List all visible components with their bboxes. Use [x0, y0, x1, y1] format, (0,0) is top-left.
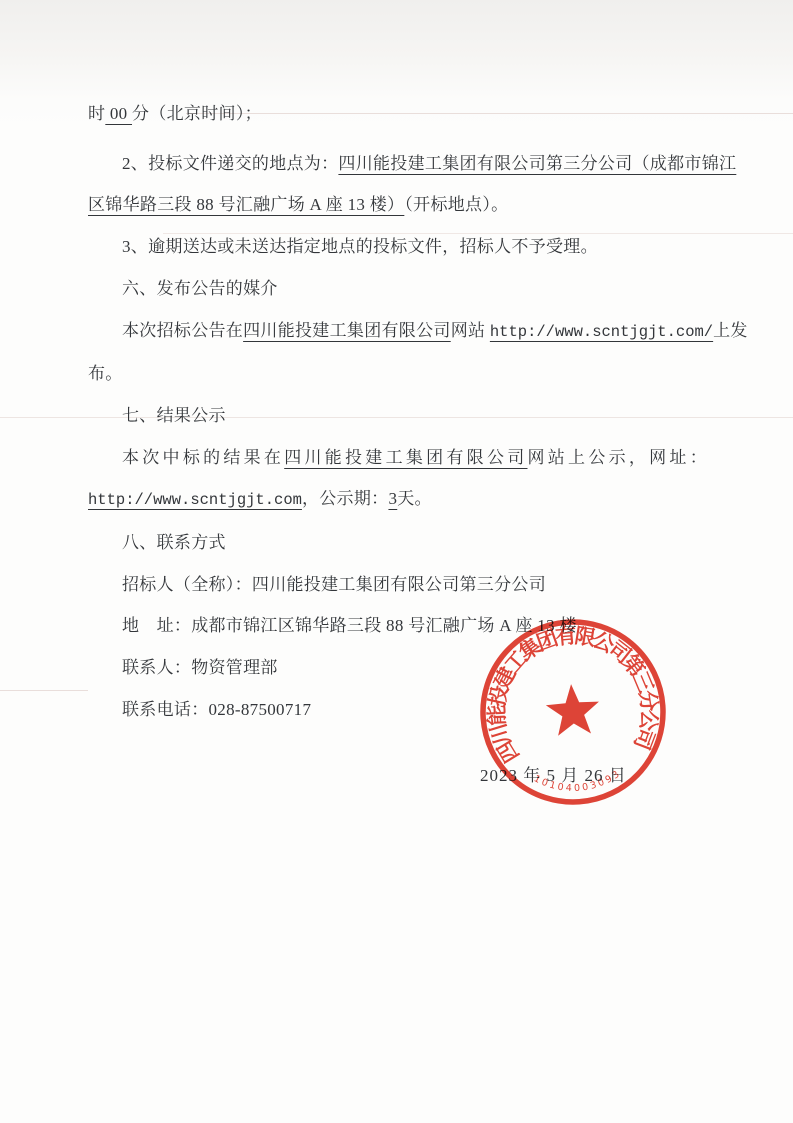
text-run: 本次招标公告在	[122, 321, 243, 340]
text-run: 3	[388, 489, 397, 508]
text-run: 天。	[397, 489, 432, 508]
text-run: 布。	[88, 364, 123, 383]
section-heading: 八、联系方式	[88, 522, 707, 564]
text-run: 3、逾期送达或未送达指定地点的投标文件，招标人不予受理。	[122, 237, 598, 256]
text-run: 联系电话：028-87500717	[122, 700, 311, 719]
text-run: 网站	[451, 321, 490, 340]
text-run: ，公示期：	[302, 489, 389, 508]
text-run: 2、投标文件递交的地点为：	[122, 154, 338, 173]
text-run: 八、联系方式	[122, 533, 226, 552]
text-line: 本次招标公告在四川能投建工集团有限公司网站 http://www.scntjgj…	[88, 310, 707, 354]
text-run: 网站上公示，网址：	[528, 448, 708, 467]
url-text: http://www.scntjgjt.com	[88, 491, 302, 509]
text-line: 布。	[88, 353, 707, 395]
text-run: 四川能投建工集团有限公司第三分公司（成都市锦江	[338, 154, 736, 173]
text-line: 本次中标的结果在四川能投建工集团有限公司网站上公示，网址：	[88, 437, 707, 479]
text-run: 区锦华路三段 88 号汇融广场 A 座 13 楼）	[88, 195, 404, 214]
text-run: 上发	[713, 321, 748, 340]
url-text: http://www.scntjgjt.com/	[490, 323, 713, 341]
company-seal: 四川能投建工集团有限公司第三分公司 5101040030932	[466, 605, 679, 818]
text-run: 分（北京时间）；	[132, 104, 262, 123]
section-heading: 七、结果公示	[88, 395, 707, 437]
text-line: 2、投标文件递交的地点为：四川能投建工集团有限公司第三分公司（成都市锦江	[88, 143, 707, 185]
text-run: 时	[88, 104, 105, 123]
scan-artifact-line	[0, 690, 88, 691]
text-run: 联系人：物资管理部	[122, 658, 278, 677]
text-run: 本次中标的结果在	[122, 448, 284, 467]
section-heading: 六、发布公告的媒介	[88, 268, 707, 310]
text-line: 区锦华路三段 88 号汇融广场 A 座 13 楼）（开标地点）。	[88, 184, 707, 226]
text-run: 七、结果公示	[122, 406, 226, 425]
text-run: 六、发布公告的媒介	[122, 279, 278, 298]
seal-star-icon	[545, 682, 602, 736]
text-run: 招标人（全称）：四川能投建工集团有限公司第三分公司	[122, 575, 546, 594]
text-line: 时 00 分（北京时间）；	[88, 93, 707, 135]
text-line: 招标人（全称）：四川能投建工集团有限公司第三分公司	[88, 564, 707, 606]
text-line: 3、逾期送达或未送达指定地点的投标文件，招标人不予受理。	[88, 226, 707, 268]
text-run: 四川能投建工集团有限公司	[243, 321, 451, 340]
text-run: 00	[105, 104, 132, 123]
text-run: 四川能投建工集团有限公司	[284, 448, 527, 467]
text-run: （开标地点）。	[404, 195, 508, 214]
text-line: http://www.scntjgjt.com，公示期：3天。	[88, 478, 707, 522]
